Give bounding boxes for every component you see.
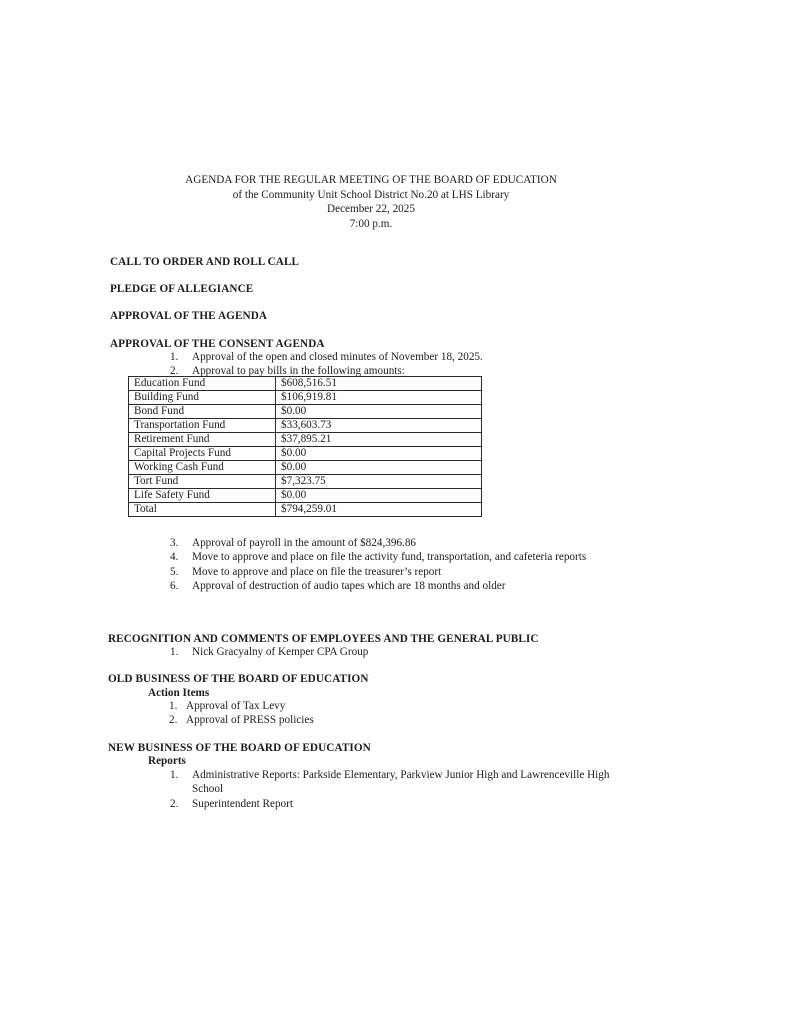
agenda-title: AGENDA FOR THE REGULAR MEETING OF THE BO… [0, 173, 742, 188]
item-text: Approval of destruction of audio tapes w… [192, 579, 505, 593]
item-number: 6. [170, 579, 192, 593]
fund-amount: $7,323.75 [276, 475, 482, 489]
section-new-business: NEW BUSINESS OF THE BOARD OF EDUCATION [108, 741, 371, 755]
item-number: 3. [170, 536, 192, 550]
funds-total-row: Total$794,259.01 [129, 503, 482, 517]
section-approval-agenda: APPROVAL OF THE AGENDA [110, 309, 267, 323]
list-item: 4. Move to approve and place on file the… [170, 550, 586, 564]
fund-amount: $608,516.51 [276, 377, 482, 391]
item-number: 1. [170, 768, 192, 797]
table-row: Capital Projects Fund$0.00 [129, 447, 482, 461]
fund-name: Building Fund [129, 391, 276, 405]
section-call-to-order: CALL TO ORDER AND ROLL CALL [110, 255, 299, 269]
funds-table: Education Fund$608,516.51Building Fund$1… [128, 376, 482, 517]
table-row: Working Cash Fund$0.00 [129, 461, 482, 475]
fund-name: Working Cash Fund [129, 461, 276, 475]
fund-name: Retirement Fund [129, 433, 276, 447]
item-text: Move to approve and place on file the ac… [192, 550, 586, 564]
table-row: Tort Fund$7,323.75 [129, 475, 482, 489]
item-number: 2. [170, 797, 192, 811]
fund-name: Life Safety Fund [129, 489, 276, 503]
item-number: 5. [170, 565, 192, 579]
agenda-subtitle: of the Community Unit School District No… [0, 188, 742, 203]
list-item: 1. Administrative Reports: Parkside Elem… [170, 768, 620, 797]
fund-amount: $106,919.81 [276, 391, 482, 405]
item-text: Approval of Tax Levy [186, 699, 285, 713]
agenda-header: AGENDA FOR THE REGULAR MEETING OF THE BO… [0, 173, 742, 231]
item-number: 1. [170, 350, 192, 364]
item-number: 1. [169, 699, 186, 713]
fund-amount: $0.00 [276, 489, 482, 503]
fund-name: Total [129, 503, 276, 517]
old-business-subheading: Action Items [148, 686, 209, 700]
meeting-time: 7:00 p.m. [0, 217, 742, 232]
old-business-items: 1. Approval of Tax Levy 2. Approval of P… [169, 699, 314, 728]
fund-name: Transportation Fund [129, 419, 276, 433]
fund-name: Bond Fund [129, 405, 276, 419]
fund-name: Education Fund [129, 377, 276, 391]
list-item: 5. Move to approve and place on file the… [170, 565, 586, 579]
consent-items-before-table: 1. Approval of the open and closed minut… [170, 350, 483, 379]
item-text: Administrative Reports: Parkside Element… [192, 768, 620, 797]
list-item: 1. Nick Gracyalny of Kemper CPA Group [170, 645, 368, 659]
list-item: 2. Superintendent Report [170, 797, 620, 811]
section-consent-agenda: APPROVAL OF THE CONSENT AGENDA [110, 337, 325, 351]
item-text: Superintendent Report [192, 797, 293, 811]
section-recognition: RECOGNITION AND COMMENTS OF EMPLOYEES AN… [108, 632, 539, 646]
item-text: Approval of payroll in the amount of $82… [192, 536, 416, 550]
fund-amount: $0.00 [276, 461, 482, 475]
fund-amount: $0.00 [276, 405, 482, 419]
item-text: Approval of the open and closed minutes … [192, 350, 483, 364]
table-row: Transportation Fund$33,603.73 [129, 419, 482, 433]
item-text: Nick Gracyalny of Kemper CPA Group [192, 645, 368, 659]
section-old-business: OLD BUSINESS OF THE BOARD OF EDUCATION [108, 672, 369, 686]
list-item: 1. Approval of the open and closed minut… [170, 350, 483, 364]
list-item: 2. Approval of PRESS policies [169, 713, 314, 727]
fund-amount: $33,603.73 [276, 419, 482, 433]
consent-items-after-table: 3. Approval of payroll in the amount of … [170, 536, 586, 593]
table-row: Education Fund$608,516.51 [129, 377, 482, 391]
table-row: Retirement Fund$37,895.21 [129, 433, 482, 447]
list-item: 6. Approval of destruction of audio tape… [170, 579, 586, 593]
fund-name: Tort Fund [129, 475, 276, 489]
item-text: Approval of PRESS policies [186, 713, 314, 727]
fund-amount: $794,259.01 [276, 503, 482, 517]
table-row: Bond Fund$0.00 [129, 405, 482, 419]
meeting-date: December 22, 2025 [0, 202, 742, 217]
fund-name: Capital Projects Fund [129, 447, 276, 461]
item-number: 1. [170, 645, 192, 659]
item-text: Move to approve and place on file the tr… [192, 565, 441, 579]
list-item: 3. Approval of payroll in the amount of … [170, 536, 586, 550]
item-number: 4. [170, 550, 192, 564]
new-business-subheading: Reports [148, 754, 186, 768]
recognition-items: 1. Nick Gracyalny of Kemper CPA Group [170, 645, 368, 659]
table-row: Building Fund$106,919.81 [129, 391, 482, 405]
fund-amount: $37,895.21 [276, 433, 482, 447]
fund-amount: $0.00 [276, 447, 482, 461]
item-number: 2. [169, 713, 186, 727]
table-row: Life Safety Fund$0.00 [129, 489, 482, 503]
new-business-items: 1. Administrative Reports: Parkside Elem… [170, 768, 620, 811]
list-item: 1. Approval of Tax Levy [169, 699, 314, 713]
section-pledge: PLEDGE OF ALLEGIANCE [110, 282, 253, 296]
